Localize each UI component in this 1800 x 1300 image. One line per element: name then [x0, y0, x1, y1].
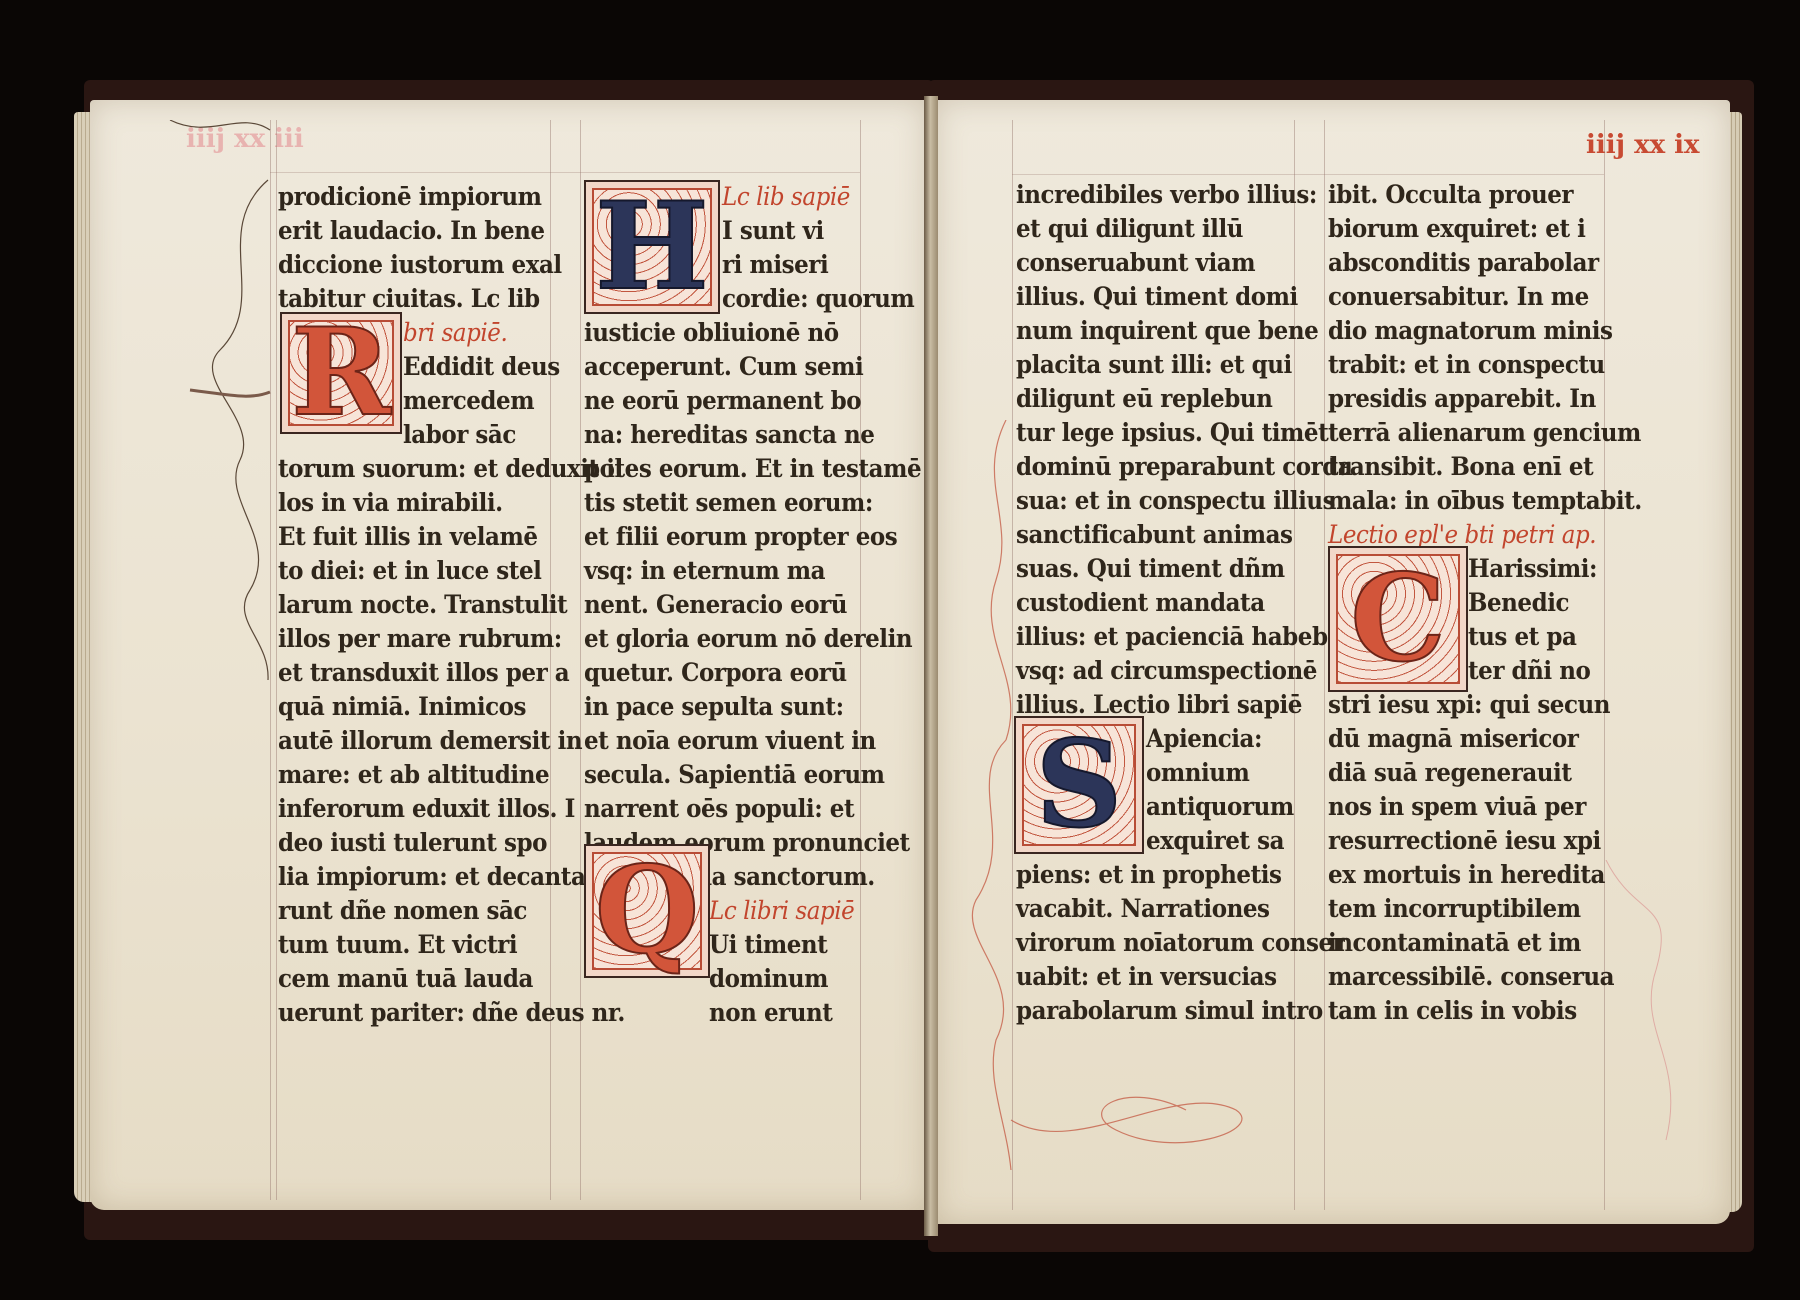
text-line: ter dñi no [1468, 652, 1590, 689]
text-line: num inquirent que bene [1016, 312, 1318, 349]
text-line: diligunt eū replebun [1016, 380, 1272, 417]
text-line: tis stetit semen eorum: [584, 484, 873, 521]
text-line: exquiret sa [1146, 822, 1284, 859]
text-line: Ui timent [709, 926, 827, 963]
text-line: mala: in oībus temptabit. [1328, 482, 1642, 519]
folio-number-left: iiij xx iii [186, 124, 304, 154]
text-line: et filii eorum propter eos [584, 518, 897, 555]
text-line: tur lege ipsius. Qui timēt [1016, 414, 1328, 451]
ruling-line [1012, 120, 1013, 1210]
text-line: virorum noīatorum conser [1016, 924, 1344, 961]
initial-letter: C [1330, 548, 1466, 690]
page-edges-right [1728, 112, 1742, 1212]
text-line: cordie: quorum [722, 280, 914, 317]
text-line: iusticie obliuionē nō [584, 314, 839, 351]
text-line: dominum [709, 960, 828, 997]
rubric-line: bri sapiē. [403, 314, 507, 351]
text-line: uabit: et in versucias [1016, 958, 1277, 995]
text-line: illius. Qui timent domi [1016, 278, 1298, 315]
text-line: tem incorruptibilem [1328, 890, 1581, 927]
text-line: vsq: ad circumspectionē [1016, 652, 1317, 689]
text-line: sua: et in conspectu illius [1016, 482, 1335, 519]
initial-letter: H [586, 182, 718, 312]
text-line: los in via mirabili. [278, 484, 503, 521]
text-line: Eddidit deus [403, 348, 560, 385]
text-line: resurrectionē iesu xpi [1328, 822, 1601, 859]
marginal-flourish-left [150, 120, 290, 720]
text-line: torum suorum: et deduxit il [278, 450, 623, 487]
text-line: cem manū tuā lauda [278, 960, 533, 997]
text-line: dominū preparabunt corda [1016, 448, 1352, 485]
text-line: mare: et ab altitudine [278, 756, 549, 793]
text-line: illos per mare rubrum: [278, 620, 562, 657]
text-line: vsq: in eternum ma [584, 552, 825, 589]
text-line: transibit. Bona enī et [1328, 448, 1593, 485]
rubric-line: Lc lib sapiē [722, 178, 850, 215]
text-line: et gloria eorum nō derelin [584, 620, 912, 657]
text-line: omnium [1146, 754, 1249, 791]
text-line: et qui diligunt illū [1016, 210, 1243, 247]
text-line: incredibiles verbo illius: [1016, 176, 1317, 213]
text-line: Harissimi: [1468, 550, 1597, 587]
illuminated-initial-h: H [584, 180, 720, 314]
text-line: tus et pa [1468, 618, 1576, 655]
text-line: custodient mandata [1016, 584, 1265, 621]
text-line: Et fuit illis in velamē [278, 518, 538, 555]
text-line: lia impiorum: et decantaue [278, 858, 616, 895]
text-line: I sunt vi [722, 212, 824, 249]
text-line: biorum exquiret: et i [1328, 210, 1585, 247]
left-page: iiij xx iii prodicionē impiorum erit lau… [90, 100, 926, 1210]
text-line: ibit. Occulta prouer [1328, 176, 1573, 213]
ruling-line [580, 120, 581, 1200]
text-line: dio magnatorum minis [1328, 312, 1613, 349]
text-line: ri miseri [722, 246, 828, 283]
rubric-line: Lc libri sapiē [709, 892, 854, 929]
illuminated-initial-s: S [1014, 716, 1144, 854]
text-line: conuersabitur. In me [1328, 278, 1589, 315]
text-line: in pace sepulta sunt: [584, 688, 844, 725]
text-line: erit laudacio. In bene [278, 212, 545, 249]
text-line: marcessibilē. conserua [1328, 958, 1614, 995]
text-line: potes eorum. Et in testamē [584, 450, 921, 487]
ruling-line [276, 120, 277, 1200]
text-line: non erunt [709, 994, 832, 1031]
text-line: uerunt pariter: dñe deus nr. [278, 994, 625, 1031]
illuminated-initial-r: R [280, 312, 402, 434]
ruling-line [1012, 174, 1604, 175]
text-line: Apiencia: [1146, 720, 1262, 757]
illuminated-initial-q: Q [584, 844, 710, 978]
initial-letter: Q [586, 846, 708, 976]
text-line: secula. Sapientiā eorum [584, 756, 884, 793]
text-line: quā nimiā. Inimicos [278, 688, 526, 725]
text-line: presidis apparebit. In [1328, 380, 1596, 417]
initial-letter: R [282, 314, 400, 432]
text-line: et noīa eorum viuent in [584, 722, 876, 759]
text-line: tum tuum. Et victri [278, 926, 517, 963]
text-line: piens: et in prophetis [1016, 856, 1282, 893]
text-line: ex mortuis in heredita [1328, 856, 1605, 893]
text-line: na: hereditas sancta ne [584, 416, 874, 453]
text-line: antiquorum [1146, 788, 1294, 825]
text-line: narrent oēs populi: et [584, 790, 854, 827]
text-line: acceperunt. Cum semi [584, 348, 863, 385]
initial-letter: S [1016, 718, 1142, 852]
ruling-line [270, 120, 271, 1200]
text-line: mercedem [403, 382, 534, 419]
text-line: to diei: et in luce stel [278, 552, 541, 589]
book-gutter [924, 96, 938, 1236]
text-line: nent. Generacio eorū [584, 586, 847, 623]
text-line: terrā alienarum gencium [1328, 414, 1641, 451]
text-line: inferorum eduxit illos. I [278, 790, 575, 827]
text-line: parabolarum simul intro [1016, 992, 1323, 1029]
ruling-line [1324, 120, 1325, 1210]
text-line: diā suā regenerauit [1328, 754, 1571, 791]
text-line: quetur. Corpora eorū [584, 654, 847, 691]
text-line: et transduxit illos per a [278, 654, 569, 691]
text-line: runt dñe nomen sāc [278, 892, 527, 929]
text-line: diccione iustorum exal [278, 246, 562, 283]
text-line: labor sāc [403, 416, 516, 453]
text-line: trabit: et in conspectu [1328, 346, 1605, 383]
text-line: incontaminatā et im [1328, 924, 1581, 961]
text-line: larum nocte. Transtulit [278, 586, 567, 623]
text-line: autē illorum demersit in [278, 722, 582, 759]
marginal-flourish-right-edge [1596, 860, 1696, 1160]
text-line: Benedic [1468, 584, 1569, 621]
text-line: deo iusti tulerunt spo [278, 824, 547, 861]
text-line: vacabit. Narrationes [1016, 890, 1270, 927]
illuminated-initial-c: C [1328, 546, 1468, 692]
text-line: conseruabunt viam [1016, 244, 1255, 281]
text-line: absconditis parabolar [1328, 244, 1599, 281]
text-line: illius: et pacienciā habebi [1016, 618, 1336, 655]
text-line: tam in celis in vobis [1328, 992, 1577, 1029]
text-line: placita sunt illi: et qui [1016, 346, 1292, 383]
text-line: suas. Qui timent dñm [1016, 550, 1285, 587]
text-line: sanctificabunt animas [1016, 516, 1293, 553]
text-line: dū magnā misericor [1328, 720, 1578, 757]
text-line: prodicionē impiorum [278, 178, 541, 215]
text-line: nos in spem viuā per [1328, 788, 1586, 825]
ruling-line [270, 172, 860, 173]
text-line: ne eorū permanent bo [584, 382, 861, 419]
right-page: iiij xx ix incredibiles verbo illius: et… [936, 100, 1730, 1224]
right-column-a: incredibiles verbo illius: et qui diligu… [1016, 176, 1294, 1076]
